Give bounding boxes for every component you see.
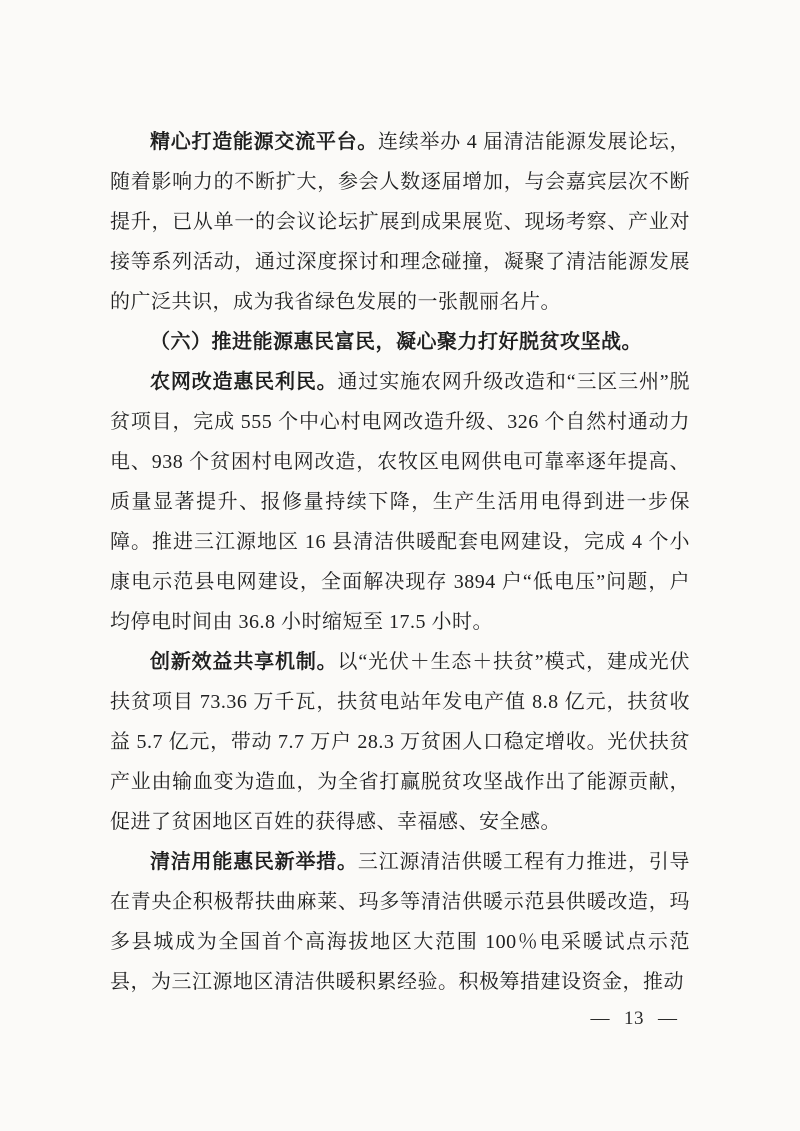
page-number: 13 <box>624 1008 644 1030</box>
section-heading-six: （六）推进能源惠民富民，凝心聚力打好脱贫攻坚战。 <box>110 322 690 362</box>
paragraph-text: 通过实施农网升级改造和“三区三州”脱贫项目，完成 555 个中心村电网改造升级、… <box>110 371 690 633</box>
document-body: 精心打造能源交流平台。连续举办 4 届清洁能源发展论坛，随着影响力的不断扩大，参… <box>110 122 690 1002</box>
paragraph-text: 连续举办 4 届清洁能源发展论坛，随着影响力的不断扩大，参会人数逐届增加，与会嘉… <box>110 131 690 313</box>
page-number-dash-left: — <box>591 1008 611 1030</box>
paragraph-text: 以“光伏＋生态＋扶贫”模式，建成光伏扶贫项目 73.36 万千瓦，扶贫电站年发电… <box>110 651 690 833</box>
paragraph-lead: 精心打造能源交流平台。 <box>150 131 378 153</box>
paragraph-lead: 农网改造惠民利民。 <box>150 371 338 393</box>
section-heading-text: （六）推进能源惠民富民，凝心聚力打好脱贫攻坚战。 <box>150 331 642 353</box>
paragraph-clean-energy-measures: 清洁用能惠民新举措。三江源清洁供暖工程有力推进，引导在青央企积极帮扶曲麻莱、玛多… <box>110 842 690 1002</box>
document-page: 精心打造能源交流平台。连续举办 4 届清洁能源发展论坛，随着影响力的不断扩大，参… <box>0 0 800 1131</box>
paragraph-energy-exchange-platform: 精心打造能源交流平台。连续举办 4 届清洁能源发展论坛，随着影响力的不断扩大，参… <box>110 122 690 322</box>
paragraph-lead: 清洁用能惠民新举措。 <box>150 851 358 873</box>
page-footer: — 13 — <box>578 1008 690 1030</box>
paragraph-lead: 创新效益共享机制。 <box>150 651 338 673</box>
page-number-dash-right: — <box>658 1008 678 1030</box>
paragraph-rural-grid-upgrade: 农网改造惠民利民。通过实施农网升级改造和“三区三州”脱贫项目，完成 555 个中… <box>110 362 690 642</box>
paragraph-benefit-sharing-mechanism: 创新效益共享机制。以“光伏＋生态＋扶贫”模式，建成光伏扶贫项目 73.36 万千… <box>110 642 690 842</box>
